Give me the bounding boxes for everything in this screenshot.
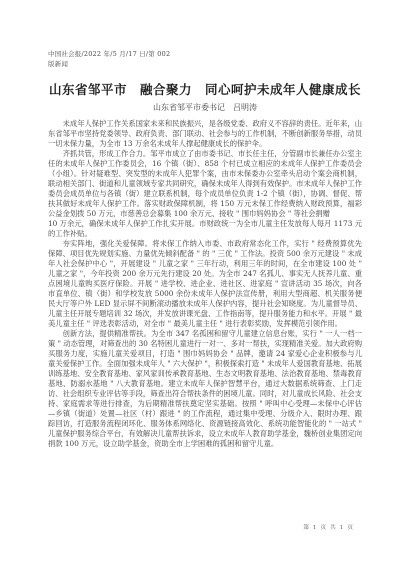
paragraph: 未成年人保护工作关系国家未来和民族振兴，是各级党委、政府义不容辞的责任。近年来，…	[48, 119, 362, 149]
byline: 山东省邹平市委书记 吕明涛	[30, 102, 380, 113]
page-title: 山东省邹平市 融合聚力 同心呵护未成年人健康成长	[30, 80, 380, 98]
publication-header-line1: 中国社会报/2022 年/5 月/17 日/第 002	[48, 50, 362, 60]
paragraph: 夯实阵地，强化关爱保障。将未保工作纳入市委、市政府常态化工作，实行 " 经费预算…	[48, 239, 362, 329]
article-body: 未成年人保护工作关系国家未来和民族振兴，是各级党委、政府义不容辞的责任。近年来，…	[48, 119, 362, 449]
publication-header: 中国社会报/2022 年/5 月/17 日/第 002 版新闻	[48, 50, 362, 69]
paragraph: 创新方法，提供精准帮扶。为全市 347 名孤困和留守儿童建立信息台账，实行 " …	[48, 329, 362, 449]
paragraph: 10 万余元，确保未成年人保护工作扎实开展。市财政统一为全市儿童主任发放每人每月…	[48, 219, 362, 239]
publication-header-line2: 版新闻	[48, 60, 362, 70]
document-page: 中国社会报/2022 年/5 月/17 日/第 002 版新闻 山东省邹平市 融…	[0, 0, 410, 580]
paragraph: 齐抓共管，形成工作合力。邹平市成立了由市委书记、市长任主任，分管副市长兼任办公室…	[48, 149, 362, 219]
page-number-footer: 第 1 页 共 1 页	[303, 522, 354, 531]
